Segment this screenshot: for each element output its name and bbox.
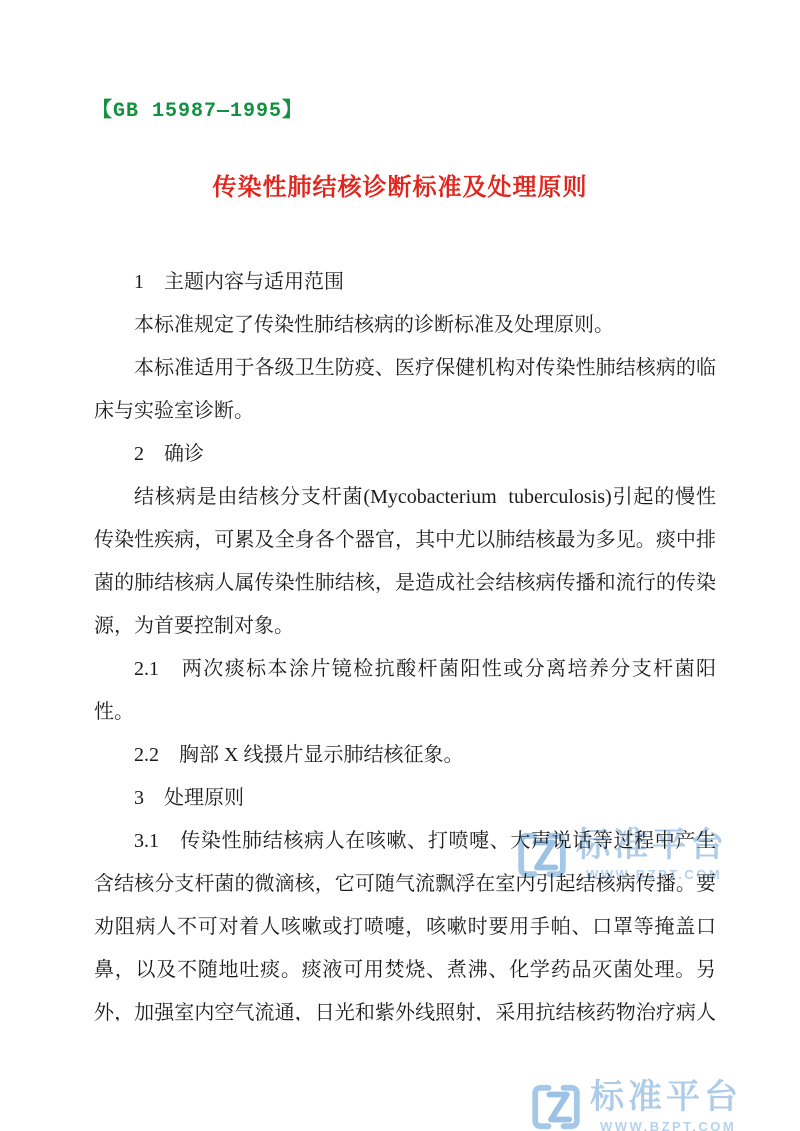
document-body: 1 主题内容与适用范围 本标准规定了传染性肺结核病的诊断标准及处理原则。 本标准… [94,261,716,1021]
standard-number: 【GB 15987—1995】 [92,93,303,123]
brand-logo-icon [530,1082,582,1131]
clause-2-1: 2.1 两次痰标本涂片镜检抗酸杆菌阳性或分离培养分支杆菌阳性。 [94,648,716,734]
clause-3-1: 3.1 传染性肺结核病人在咳嗽、打喷嚏、大声说话等过程中产生含结核分支杆菌的微滴… [94,820,716,1021]
paragraph-definition: 结核病是由结核分支杆菌(Mycobacterium tuberculosis)引… [94,476,716,648]
section-2-heading: 2 确诊 [94,433,716,476]
section-1-heading: 1 主题内容与适用范围 [94,261,716,304]
page-background: 标准平台 WWW.BZPT.COM 标准平台 WWW.BZPT.COM 【GB … [0,0,800,1131]
document-page: { "page": { "background": "#ffffff", "wi… [0,0,800,1131]
watermark: 标准平台 WWW.BZPT.COM [530,1078,742,1131]
watermark-text-group: 标准平台 WWW.BZPT.COM [590,1078,742,1131]
paragraph-scope-2: 本标准适用于各级卫生防疫、医疗保健机构对传染性肺结核病的临床与实验室诊断。 [94,347,716,433]
paragraph-scope-1: 本标准规定了传染性肺结核病的诊断标准及处理原则。 [94,304,716,347]
clause-2-2: 2.2 胸部 X 线摄片显示肺结核征象。 [94,734,716,777]
watermark-url-text: WWW.BZPT.COM [600,1119,742,1131]
document-title: 传染性肺结核诊断标准及处理原则 [0,167,800,202]
watermark-brand-text: 标准平台 [590,1078,742,1116]
section-3-heading: 3 处理原则 [94,777,716,820]
